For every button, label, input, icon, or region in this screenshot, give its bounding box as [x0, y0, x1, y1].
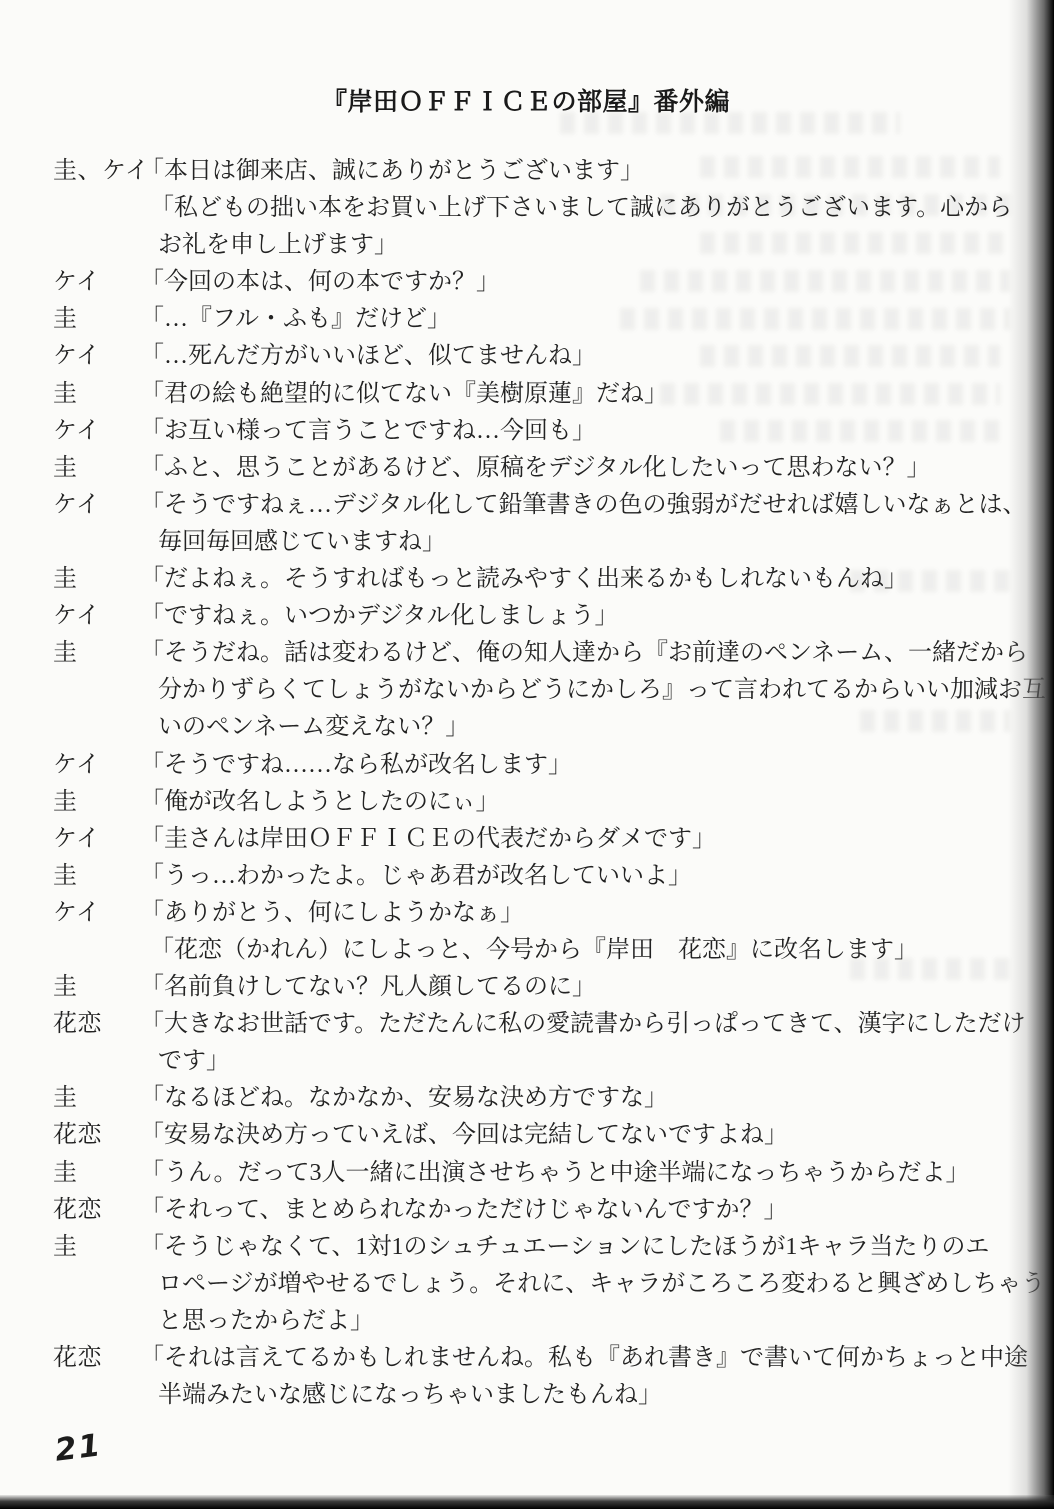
- dialogue-row: 半端みたいな感じになっちゃいましたもんね」: [0, 1377, 1010, 1414]
- speaker-label: 圭: [53, 376, 140, 413]
- speaker-label: 圭: [53, 1229, 140, 1266]
- speaker-label: [53, 524, 140, 561]
- dialogue-row: 圭 「そうだね。話は変わるけど、俺の知人達から『お前達のペンネーム、一緒だから: [0, 635, 1010, 672]
- speaker-label: [53, 1043, 140, 1080]
- dialogue-row: 圭 「君の絵も絶望的に似てない『美樹原蓮』だね」: [0, 376, 1010, 413]
- dialogue-text: 毎回毎回感じていますね」: [158, 524, 446, 561]
- dialogue-row: 「花恋（かれん）にしよっと、今号から『岸田 花恋』に改名します」: [0, 932, 1010, 969]
- dialogue-text: 「ふと、思うことがあるけど、原稿をデジタル化したいって思わない？」: [140, 450, 931, 487]
- dialogue-text: 「大きなお世話です。ただたんに私の愛読書から引っぱってきて、漢字にしただけ: [140, 1006, 1026, 1043]
- speaker-label: 圭、ケイ: [53, 153, 140, 190]
- dialogue-text: 「そうだね。話は変わるけど、俺の知人達から『お前達のペンネーム、一緒だから: [140, 635, 1028, 672]
- dialogue-row: ケイ 「ですねぇ。いつかデジタル化しましょう」: [0, 598, 1010, 635]
- speaker-label: [53, 932, 140, 969]
- dialogue-row: 圭 「…『フル・ふも』だけど」: [0, 301, 1010, 338]
- dialogue-text: 「本日は御来店、誠にありがとうございます」: [140, 153, 644, 190]
- dialogue: 圭、ケイ 「本日は御来店、誠にありがとうございます」 「私どもの拙い本をお買い上…: [0, 153, 1010, 1414]
- speaker-label: ケイ: [53, 895, 140, 932]
- speaker-label: 花恋: [53, 1006, 140, 1043]
- dialogue-text: と思ったからだよ」: [158, 1303, 374, 1340]
- dialogue-text: 「名前負けしてない？凡人顔してるのに」: [140, 969, 596, 1006]
- speaker-label: 圭: [53, 301, 140, 338]
- dialogue-text: 「だよねぇ。そうすればもっと読みやすく出来るかもしれないもんね」: [140, 561, 908, 598]
- dialogue-row: ケイ 「そうですねぇ…デジタル化して鉛筆書きの色の強弱がだせれば嬉しいなぁとは、: [0, 487, 1010, 524]
- dialogue-text: 「お互い様って言うことですね…今回も」: [140, 413, 596, 450]
- dialogue-row: 分かりずらくてしょうがないからどうにかしろ』って言われてるからいい加減お互: [0, 672, 1010, 709]
- speaker-label: ケイ: [53, 413, 140, 450]
- speaker-label: 圭: [53, 969, 140, 1006]
- speaker-label: ケイ: [53, 821, 140, 858]
- speaker-label: [53, 1377, 140, 1414]
- dialogue-row: いのペンネーム変えない？」: [0, 709, 1010, 746]
- dialogue-text: 「私どもの拙い本をお買い上げ下さいまして誠にありがとうございます。心から: [150, 190, 1012, 227]
- dialogue-text: 「それは言えてるかもしれませんね。私も『あれ書き』で書いて何かちょっと中途: [140, 1340, 1028, 1377]
- dialogue-text: 「俺が改名しようとしたのにぃ」: [140, 784, 500, 821]
- dialogue-text: 「…『フル・ふも』だけど」: [140, 301, 451, 338]
- dialogue-text: いのペンネーム変えない？」: [158, 709, 469, 746]
- page-number: 21: [53, 1427, 104, 1468]
- dialogue-row: 圭 「俺が改名しようとしたのにぃ」: [0, 784, 1010, 821]
- speaker-label: 圭: [53, 1080, 140, 1117]
- dialogue-text: 「それって、まとめられなかっただけじゃないんですか？」: [140, 1192, 788, 1229]
- speaker-label: 圭: [53, 1155, 140, 1192]
- dialogue-row: ケイ 「圭さんは岸田ＯＦＦＩＣＥの代表だからダメです」: [0, 821, 1010, 858]
- dialogue-text: 「うっ…わかったよ。じゃあ君が改名していいよ」: [140, 858, 692, 895]
- dialogue-text: 「ですねぇ。いつかデジタル化しましょう」: [140, 598, 619, 635]
- dialogue-row: 圭 「名前負けしてない？凡人顔してるのに」: [0, 969, 1010, 1006]
- speaker-label: [53, 709, 140, 746]
- dialogue-row: 花恋 「それって、まとめられなかっただけじゃないんですか？」: [0, 1192, 1010, 1229]
- scan-edge-bottom: [0, 1495, 1054, 1509]
- scanned-doujinshi-page: 『岸田ＯＦＦＩＣＥの部屋』番外編 圭、ケイ 「本日は御来店、誠にありがとうござい…: [0, 0, 1054, 1509]
- dialogue-text: 分かりずらくてしょうがないからどうにかしろ』って言われてるからいい加減お互: [158, 672, 1046, 709]
- dialogue-text: 「そうですねぇ…デジタル化して鉛筆書きの色の強弱がだせれば嬉しいなぁとは、: [140, 487, 1027, 524]
- speaker-label: ケイ: [53, 598, 140, 635]
- speaker-label: 花恋: [53, 1117, 140, 1154]
- dialogue-text: です」: [158, 1043, 230, 1080]
- dialogue-row: 圭、ケイ 「本日は御来店、誠にありがとうございます」: [0, 153, 1010, 190]
- dialogue-row: ケイ 「ありがとう、何にしようかなぁ」: [0, 895, 1010, 932]
- speaker-label: [53, 672, 140, 709]
- speaker-label: [53, 1303, 140, 1340]
- dialogue-text: 「…死んだ方がいいほど、似てませんね」: [140, 338, 596, 375]
- dialogue-text: 「うん。だって3人一緒に出演させちゃうと中途半端になっちゃうからだよ」: [140, 1155, 969, 1192]
- speaker-label: 圭: [53, 561, 140, 598]
- dialogue-row: 「私どもの拙い本をお買い上げ下さいまして誠にありがとうございます。心から: [0, 190, 1010, 227]
- dialogue-row: 圭 「そうじゃなくて、1対1のシュチュエーションにしたほうが1キャラ当たりのエ: [0, 1229, 1010, 1266]
- dialogue-row: 圭 「うっ…わかったよ。じゃあ君が改名していいよ」: [0, 858, 1010, 895]
- dialogue-row: 圭 「なるほどね。なかなか、安易な決め方ですな」: [0, 1080, 1010, 1117]
- speaker-label: ケイ: [53, 487, 140, 524]
- dialogue-row: 花恋 「それは言えてるかもしれませんね。私も『あれ書き』で書いて何かちょっと中途: [0, 1340, 1010, 1377]
- dialogue-row: ケイ 「今回の本は、何の本ですか？」: [0, 264, 1010, 301]
- scan-edge-right: [1008, 0, 1054, 1509]
- speaker-label: [53, 227, 140, 264]
- speaker-label: 花恋: [53, 1340, 140, 1377]
- dialogue-text: 「ありがとう、何にしようかなぁ」: [140, 895, 524, 932]
- speaker-label: 圭: [53, 858, 140, 895]
- dialogue-text: 「今回の本は、何の本ですか？」: [140, 264, 500, 301]
- dialogue-text: 「なるほどね。なかなか、安易な決め方ですな」: [140, 1080, 668, 1117]
- dialogue-row: ロページが増やせるでしょう。それに、キャラがころころ変わると興ざめしちゃう: [0, 1266, 1010, 1303]
- page-title: 『岸田ＯＦＦＩＣＥの部屋』番外編: [322, 82, 730, 118]
- speaker-label: [53, 190, 140, 227]
- dialogue-text: 「そうですね……なら私が改名します」: [140, 747, 572, 784]
- dialogue-text: 半端みたいな感じになっちゃいましたもんね」: [158, 1377, 662, 1414]
- dialogue-row: 花恋 「大きなお世話です。ただたんに私の愛読書から引っぱってきて、漢字にしただけ: [0, 1006, 1010, 1043]
- dialogue-row: ケイ 「お互い様って言うことですね…今回も」: [0, 413, 1010, 450]
- dialogue-row: 圭 「うん。だって3人一緒に出演させちゃうと中途半端になっちゃうからだよ」: [0, 1155, 1010, 1192]
- speaker-label: ケイ: [53, 747, 140, 784]
- dialogue-text: 「安易な決め方っていえば、今回は完結してないですよね」: [140, 1117, 788, 1154]
- dialogue-row: お礼を申し上げます」: [0, 227, 1010, 264]
- dialogue-row: です」: [0, 1043, 1010, 1080]
- dialogue-row: ケイ 「そうですね……なら私が改名します」: [0, 747, 1010, 784]
- dialogue-text: 「圭さんは岸田ＯＦＦＩＣＥの代表だからダメです」: [140, 821, 716, 858]
- dialogue-row: 毎回毎回感じていますね」: [0, 524, 1010, 561]
- speaker-label: [53, 1266, 140, 1303]
- speaker-label: ケイ: [53, 264, 140, 301]
- speaker-label: 圭: [53, 784, 140, 821]
- dialogue-row: 圭 「ふと、思うことがあるけど、原稿をデジタル化したいって思わない？」: [0, 450, 1010, 487]
- speaker-label: 圭: [53, 450, 140, 487]
- speaker-label: 花恋: [53, 1192, 140, 1229]
- dialogue-row: と思ったからだよ」: [0, 1303, 1010, 1340]
- dialogue-text: お礼を申し上げます」: [158, 227, 398, 264]
- speaker-label: ケイ: [53, 338, 140, 375]
- dialogue-row: 圭 「だよねぇ。そうすればもっと読みやすく出来るかもしれないもんね」: [0, 561, 1010, 598]
- dialogue-text: 「君の絵も絶望的に似てない『美樹原蓮』だね」: [140, 376, 668, 413]
- dialogue-text: 「花恋（かれん）にしよっと、今号から『岸田 花恋』に改名します」: [150, 932, 918, 969]
- speaker-label: 圭: [53, 635, 140, 672]
- dialogue-text: ロページが増やせるでしょう。それに、キャラがころころ変わると興ざめしちゃう: [158, 1266, 1045, 1303]
- dialogue-row: ケイ 「…死んだ方がいいほど、似てませんね」: [0, 338, 1010, 375]
- dialogue-text: 「そうじゃなくて、1対1のシュチュエーションにしたほうが1キャラ当たりのエ: [140, 1229, 989, 1266]
- dialogue-row: 花恋 「安易な決め方っていえば、今回は完結してないですよね」: [0, 1117, 1010, 1154]
